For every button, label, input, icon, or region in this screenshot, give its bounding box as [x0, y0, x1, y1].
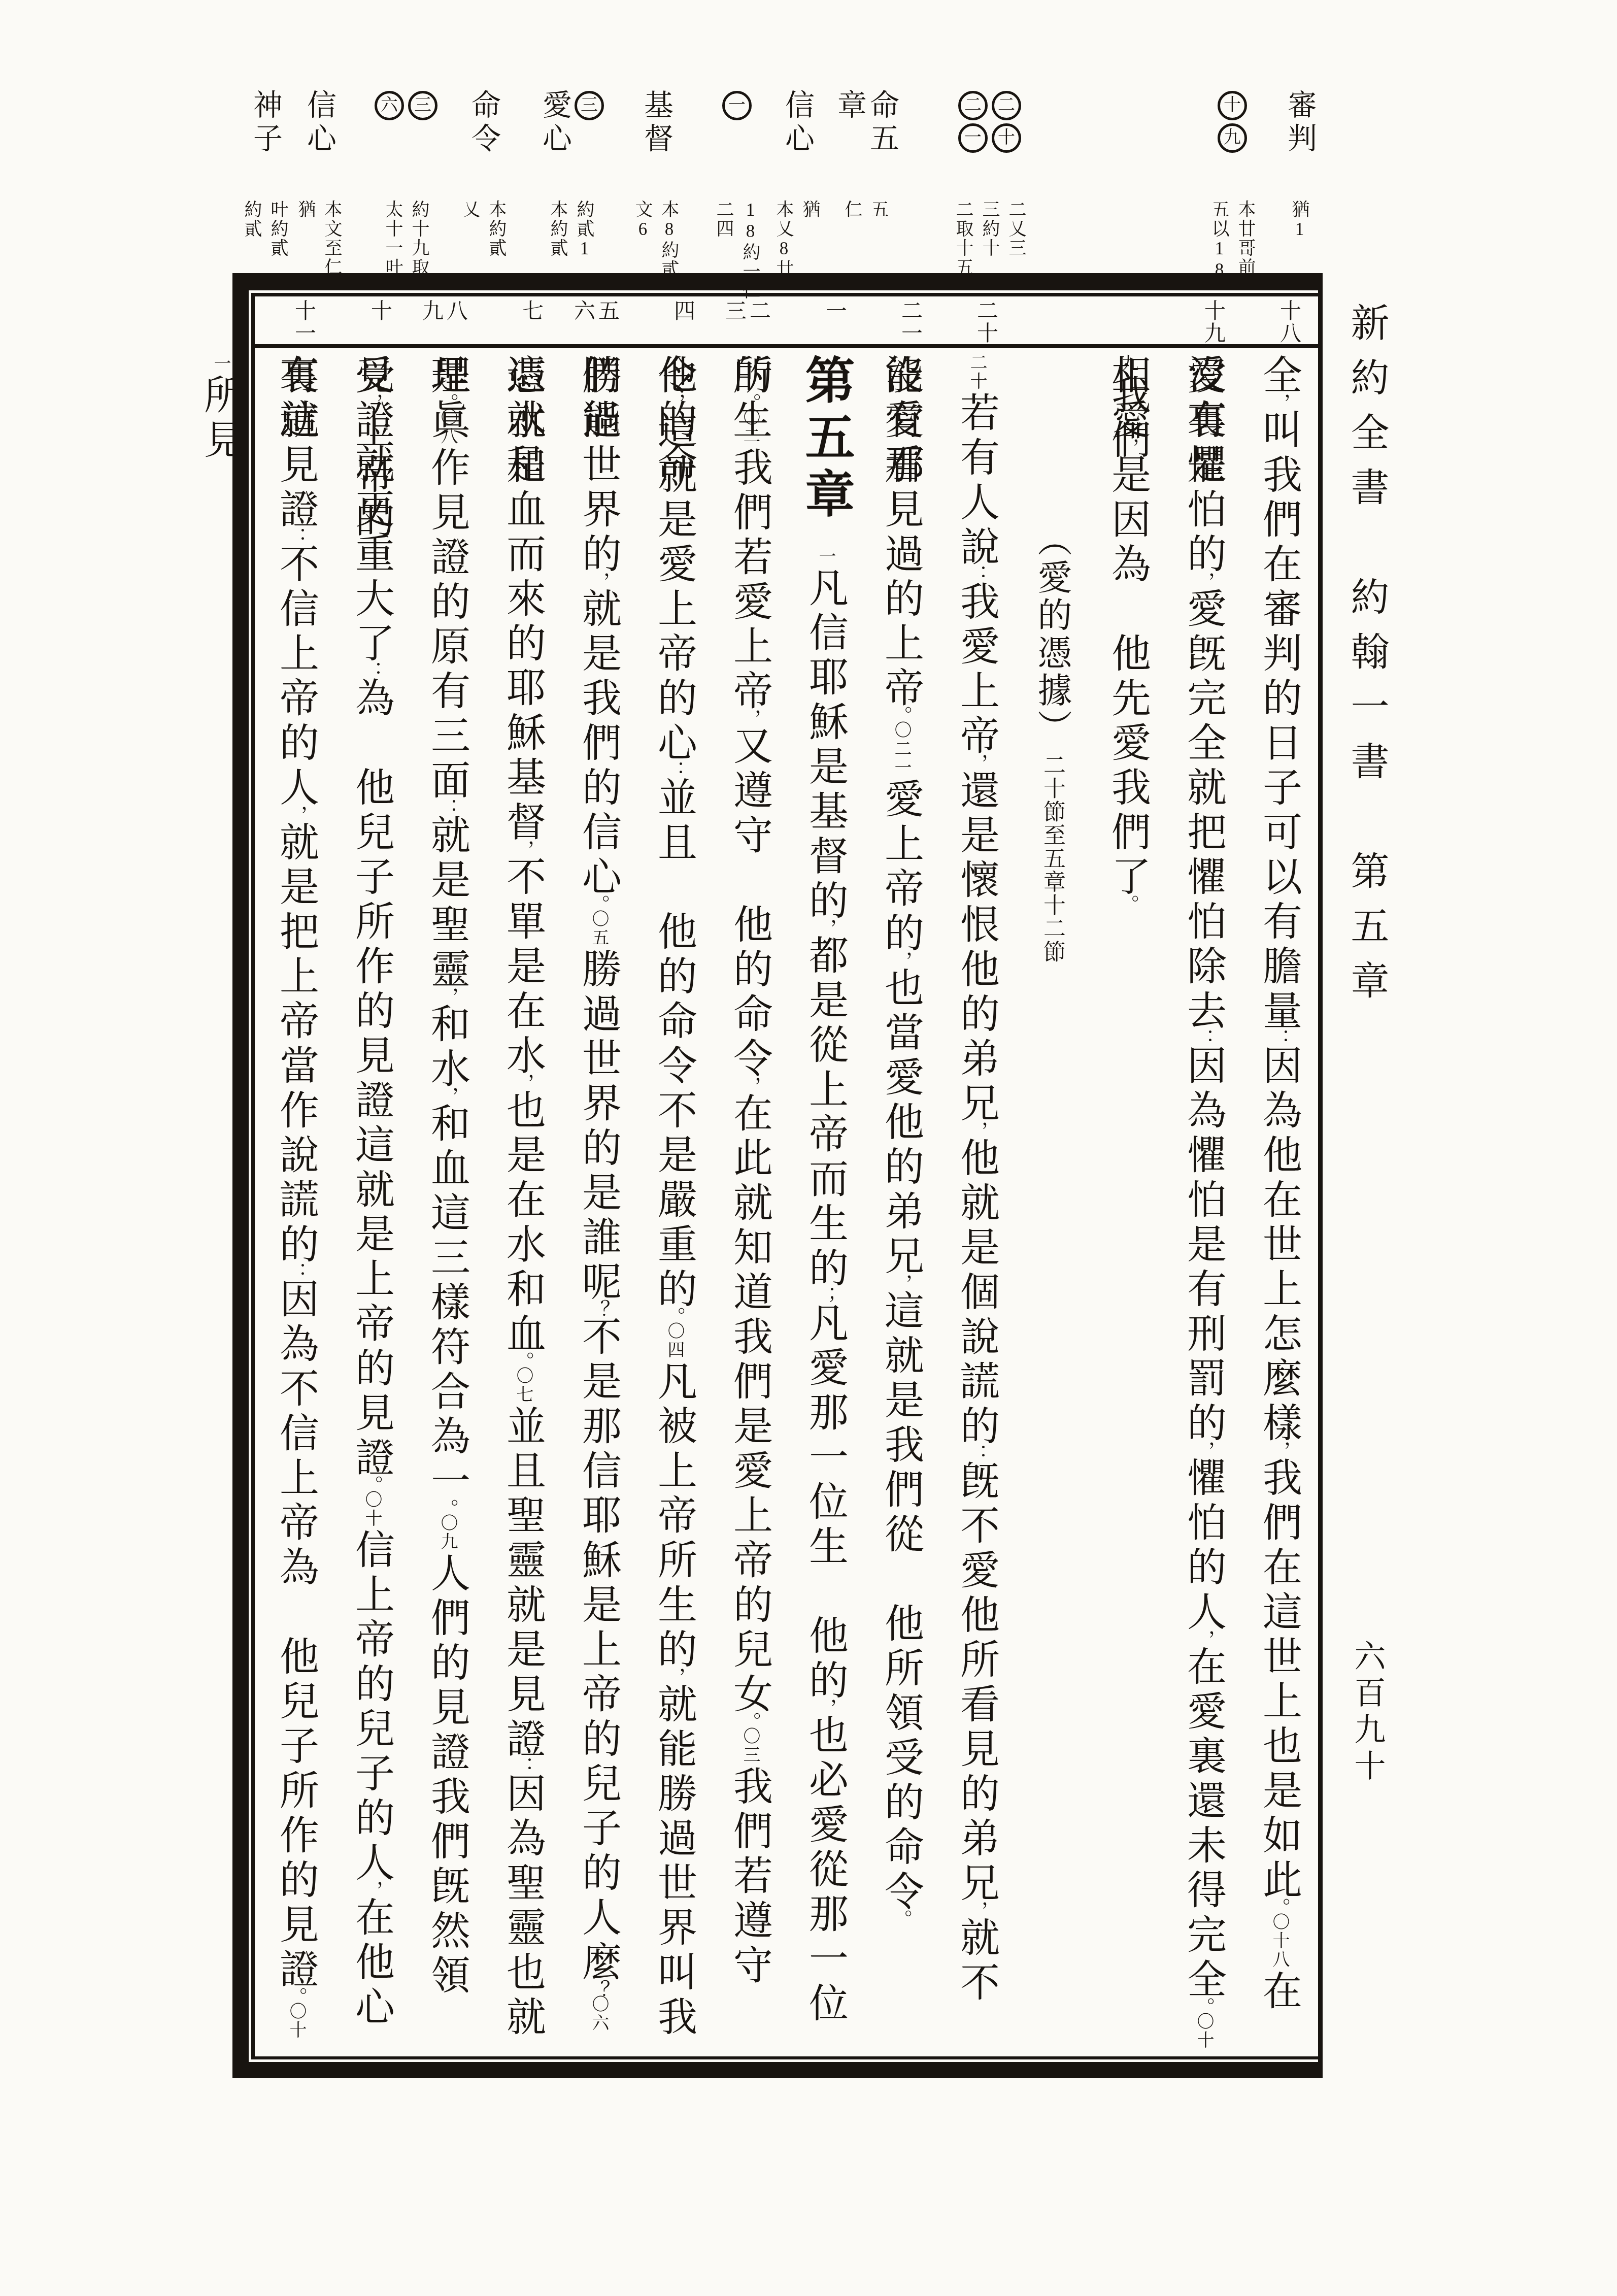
margin-note-refs: 本8約貳文6	[632, 200, 679, 279]
punctuation: ，	[285, 805, 308, 825]
margin-note-ref: 本廿哥前	[1235, 200, 1256, 277]
margin-note-refs: 猶本乂8廿	[773, 200, 820, 279]
strip-verse-number: 十八	[1277, 300, 1300, 344]
strip-verse-number-text: 十九	[1201, 300, 1225, 344]
circled-number: 二	[992, 91, 1021, 120]
margin-note-ref: 猶1	[1289, 200, 1309, 241]
margin-note-keywords: 二十二一	[958, 89, 1021, 189]
text-column: 第五章一凡信耶穌是基督的，都是從上帝而生的；凡愛那一位生 他的，也必愛從那一位所…	[788, 354, 863, 2050]
strip-verse-number-text: 二一	[898, 300, 922, 344]
section-annotation-range: 二十節至五章十二節	[1040, 730, 1065, 963]
margin-note-ref: 猶	[800, 200, 820, 219]
circled-verse-number: 二一	[958, 89, 988, 154]
text-column: 全，叫我們在審判的日子可以有膽量：因為他在世上怎麼樣，我們在這世上也是如此。〇十…	[1241, 354, 1317, 2050]
punctuation: ：	[663, 760, 686, 781]
punctuation: ：	[436, 798, 459, 818]
punctuation: ，	[965, 753, 988, 774]
margin-note-ref: 本約貳	[486, 200, 507, 258]
margin-note-ref: 二四	[714, 200, 734, 239]
circled-verse-number: 一	[722, 89, 752, 122]
margin-note-keywords: 三六	[375, 89, 437, 189]
margin-note-ref: 五以18	[1209, 200, 1229, 281]
punctuation: ，	[1117, 438, 1139, 458]
strip-verse-number: 八九	[419, 300, 467, 322]
strip-verse-number-text: 一	[823, 300, 846, 322]
margin-note-keyword: 信心	[781, 89, 813, 156]
margin-note-ref: 乂	[460, 200, 480, 219]
circled-number: 十	[1218, 91, 1247, 120]
punctuation: ，	[1192, 572, 1215, 592]
punctuation: ，	[738, 1076, 761, 1096]
circled-verse-number: 三	[575, 89, 604, 122]
circled-number: 十	[992, 123, 1021, 153]
text-column: 沒有懼怕的，愛旣完全就把懼怕除去：因為懼怕是有刑罰的，懼怕的人，在愛裏還未得完全…	[1166, 354, 1241, 2050]
margin-note-refs: 猶1	[1289, 200, 1309, 241]
strip-verse-number-text: 二十	[974, 300, 997, 344]
margin-note-keyword: 基督	[639, 89, 672, 156]
text-column: 勝過世界的，就是我們的信心。〇五勝過世界的是誰呢？不是那信耶穌是上帝的兒子的人麼…	[561, 354, 636, 2050]
strip-verse-number: 二一	[898, 300, 922, 344]
strip-verse-number-text: 三	[722, 300, 746, 322]
page-number: 六百九十	[1344, 1640, 1390, 1786]
margin-note-ref: 太十一叶	[383, 200, 403, 277]
margin-note-keyword: 審判	[1283, 89, 1316, 156]
margin-note-keyword: 愛心	[538, 89, 570, 156]
verse-marker: 〇六	[589, 1995, 608, 2033]
punctuation: ：	[965, 1444, 988, 1464]
punctuation: ，	[814, 1698, 837, 1718]
margin-note-keywords: 十九	[1218, 89, 1247, 189]
text-column: 沒有看見過的上帝。〇二一愛上帝的，也當愛他的弟兄，這就是我們從 他所領受的命令。	[863, 354, 939, 2050]
strip-verse-number-text: 十八	[1277, 300, 1300, 344]
strip-verse-number-text: 九	[419, 300, 443, 322]
punctuation: ：	[285, 527, 308, 547]
margin-note-keywords: 命五章	[833, 89, 898, 189]
circled-number: 六	[375, 91, 404, 120]
margin-note-refs: 約貳1本約貳	[548, 200, 594, 260]
margin-note-keywords: 審判	[1283, 89, 1316, 189]
punctuation: ，	[890, 951, 913, 971]
punctuation: 。	[1117, 894, 1139, 915]
text-column: 理。〇八作見證的原有三面：就是聖靈，和水，和血這三樣符合為一。〇九人們的見證我們…	[410, 354, 485, 2050]
margin-note: 三愛心約貳1本約貳	[538, 89, 604, 260]
margin-note-refs: 叶約貳約貳	[242, 200, 288, 258]
verse-marker: 〇十一	[211, 354, 306, 2040]
text-column: 有這見證：不信上帝的人，就是把上帝當作說謊的：因為不信上帝為 他兒子所作的見證。…	[258, 354, 334, 2050]
circled-number: 九	[1218, 123, 1247, 153]
punctuation: ，	[1192, 1441, 1215, 1461]
strip-verse-number: 四	[671, 300, 694, 322]
margin-note: 審判猶1	[1283, 89, 1316, 241]
verse-marker: 〇七	[514, 1367, 532, 1404]
punctuation: ：	[360, 661, 383, 681]
punctuation: ，	[663, 1667, 686, 1687]
margin-note-keywords: 信心	[302, 89, 335, 189]
verse-marker: 〇十八	[1270, 1913, 1289, 1969]
margin-note-refs: 約十九取太十一叶	[383, 200, 429, 277]
text-column: 的。〇二我們若愛上帝，又遵守 他的命令，在此就知道我們是愛上帝的兒女。〇三我們若…	[712, 354, 788, 2050]
text-column: 見證就更重大了：為 他兒子所作的見證這就是上帝的見證。〇十信上帝的兒子的人，在他…	[334, 354, 410, 2050]
verse-marker: 〇二一	[892, 721, 911, 777]
punctuation: 。	[890, 1909, 913, 1929]
margin-note-refs: 二乂三三約十二取十五	[953, 200, 1026, 277]
margin-note-ref: 本8約貳	[659, 200, 679, 279]
margin-note-ref: 二取十五	[953, 200, 973, 277]
book-title: 新約全書 約翰一書 第五章	[1341, 303, 1392, 1015]
margin-note-keyword: 神子	[249, 89, 281, 156]
strip-verse-number-text: 八	[444, 300, 467, 322]
punctuation: ；	[814, 1286, 837, 1306]
margin-note-keyword: 信心	[302, 89, 335, 156]
punctuation: ，	[814, 918, 837, 939]
punctuation: ，	[360, 1880, 383, 1901]
section-annotation: （愛的憑據）	[1033, 522, 1071, 730]
margin-note-ref: 約貳1	[574, 200, 594, 260]
strip-verse-number-text: 四	[671, 300, 694, 322]
verse-number-strip: 十八十九二十二一一二三四五六七八九十十一	[255, 296, 1318, 348]
punctuation: ，	[1192, 1629, 1215, 1650]
punctuation: ，	[512, 1073, 534, 1093]
punctuation: ，	[1268, 393, 1291, 413]
margin-note-ref: 本乂8廿	[773, 200, 794, 279]
margin-note-keyword: 命令	[467, 89, 499, 156]
strip-verse-number-text: 二	[747, 300, 770, 322]
margin-note-ref: 叶約貳	[268, 200, 288, 258]
frame: 十八十九二十二一一二三四五六七八九十十一 全，叫我們在審判的日子可以有膽量：因為…	[232, 273, 1323, 2078]
margin-note-ref: 文6	[632, 200, 653, 241]
margin-note-refs: 本約貳乂	[460, 200, 507, 258]
scanned-bible-page: 審判猶1十九本廿哥前五以18二十二一二乂三三約十二取十五命五章五仁信心猶本乂8廿…	[0, 0, 1617, 2296]
margin-note: 基督本8約貳文6	[632, 89, 679, 279]
margin-note-keywords: 信心	[781, 89, 813, 189]
punctuation: ，	[587, 572, 610, 592]
strip-verse-number: 五六	[571, 300, 619, 322]
strip-verse-number: 二三	[722, 300, 770, 322]
text-columns: 全，叫我們在審判的日子可以有膽量：因為他在世上怎麼樣，我們在這世上也是如此。〇十…	[262, 354, 1317, 2050]
margin-note: 二十二一二乂三三約十二取十五	[953, 89, 1026, 277]
strip-verse-number-text: 六	[571, 300, 594, 322]
verse-marker: 〇八	[438, 408, 457, 446]
punctuation: ，	[512, 840, 534, 860]
punctuation: ：	[965, 564, 988, 585]
circled-verse-number: 六	[375, 89, 404, 122]
circled-number: 三	[408, 91, 437, 120]
margin-note: 信心本文至仁猶	[295, 89, 342, 277]
text-column: 相愛，是因為 他先愛我們了。	[1090, 354, 1166, 2050]
strip-verse-number-text: 十	[368, 300, 391, 322]
margin-note-keywords: 基督	[639, 89, 672, 189]
margin-note: 三六約十九取太十一叶	[375, 89, 437, 277]
margin-note-ref: 約十九取	[409, 200, 429, 277]
text-column: 憑水和血而來的耶穌基督，不單是在水，也是在水和血。〇七並且聖靈就是見證：因為聖靈…	[485, 354, 561, 2050]
punctuation: ：	[1268, 1028, 1291, 1049]
circled-verse-number: 十九	[1218, 89, 1247, 154]
margin-note: 十九本廿哥前五以18	[1209, 89, 1256, 281]
frame-inner: 十八十九二十二一一二三四五六七八九十十一 全，叫我們在審判的日子可以有膽量：因為…	[251, 293, 1318, 2059]
margin-note-ref: 仁	[842, 200, 862, 219]
margin-note-keyword: 命五章	[833, 89, 898, 189]
margin-note-ref: 本文至仁	[322, 200, 342, 277]
circled-number: 二	[958, 91, 988, 120]
strip-verse-number: 十一	[292, 300, 315, 344]
margin-note: 命五章五仁	[833, 89, 898, 219]
margin-note-refs: 本文至仁猶	[295, 200, 342, 277]
margin-note-keywords: 三愛心	[538, 89, 604, 189]
punctuation: ，	[965, 1121, 988, 1141]
strip-verse-number: 十	[368, 300, 391, 322]
punctuation: ，	[1268, 1441, 1291, 1461]
punctuation: ，	[663, 393, 686, 413]
verse-marker: 一	[816, 547, 835, 566]
circled-number: 三	[575, 91, 604, 120]
punctuation: ，	[436, 987, 459, 1007]
margin-note-refs: 五仁	[842, 200, 889, 219]
margin-note-keywords: 一	[722, 89, 752, 189]
margin-note-keywords: 命令	[467, 89, 499, 189]
strip-verse-number-text: 五	[595, 300, 619, 322]
punctuation: ？	[587, 1300, 610, 1320]
margin-note-ref: 約貳	[242, 200, 262, 239]
title-column: 新約全書 約翰一書 第五章 六百九十	[1341, 303, 1392, 2079]
verse-marker: 〇三	[740, 1727, 759, 1765]
margin-note: 命令本約貳乂	[460, 89, 507, 258]
strip-verse-number-text: 十一	[292, 300, 315, 344]
margin-note-ref: 本約貳	[548, 200, 568, 258]
strip-verse-number: 一	[823, 300, 846, 322]
strip-verse-number: 二十	[974, 300, 997, 344]
text-column: （愛的憑據） 二十節至五章十二節	[1015, 354, 1090, 2218]
verse-marker: 〇四	[665, 1322, 684, 1359]
punctuation: ，	[890, 1274, 913, 1294]
verse-marker: 〇十	[362, 1490, 381, 1528]
margin-note-refs: 本廿哥前五以18	[1209, 200, 1256, 281]
punctuation: ：	[512, 1756, 534, 1777]
text-column: 令，這就是愛上帝的心：並且 他的命令不是嚴重的。〇四凡被上帝所生的，就能勝過世界…	[636, 354, 712, 2050]
text-column: 二十若有人說：我愛上帝，還是懷恨他的弟兄，他就是個說謊的：旣不愛他所看見的弟兄，…	[939, 354, 1015, 2050]
margin-note: 信心猶本乂8廿	[773, 89, 820, 279]
strip-verse-number: 七	[519, 300, 543, 322]
chapter-heading: 第五章	[798, 354, 853, 525]
circled-number: 一	[958, 123, 988, 153]
verse-marker: 二十	[967, 353, 986, 391]
punctuation: ，	[436, 1086, 459, 1107]
circled-verse-number: 三	[408, 89, 437, 122]
punctuation: ：	[1192, 1028, 1215, 1049]
verse-marker: 〇九	[438, 1514, 457, 1551]
margin-note-ref: 五	[868, 200, 889, 219]
punctuation: ，	[965, 1901, 988, 1921]
margin-note: 神子叶約貳約貳	[242, 89, 288, 258]
circled-verse-number: 二十	[992, 89, 1021, 154]
top-margin-notes: 審判猶1十九本廿哥前五以18二十二一二乂三三約十二取十五命五章五仁信心猶本乂8廿…	[0, 0, 1617, 274]
margin-note-ref: 猶	[295, 200, 316, 219]
strip-verse-number: 十九	[1201, 300, 1225, 344]
circled-number: 一	[722, 91, 752, 120]
verse-marker: 〇二	[740, 408, 759, 446]
margin-note-ref: 三約十	[980, 200, 1000, 258]
verse-marker: 〇五	[589, 910, 608, 947]
punctuation: ：	[285, 1262, 308, 1282]
punctuation: ，	[738, 709, 761, 729]
margin-note-keywords: 神子	[249, 89, 281, 189]
strip-verse-number-text: 七	[519, 300, 543, 322]
margin-note-ref: 二乂三	[1006, 200, 1026, 258]
margin-note: 一18約一仁二四	[714, 89, 760, 301]
